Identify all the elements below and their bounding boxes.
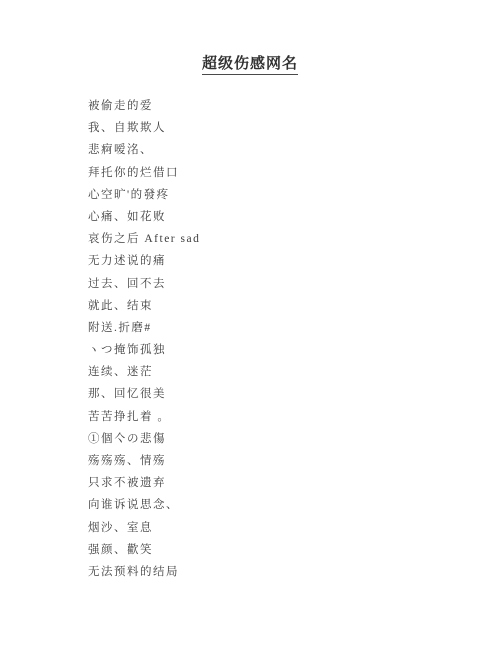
list-item: 殇殇殇、情殇	[88, 450, 448, 472]
list-item: 就此、结束	[88, 295, 448, 317]
page-title: 超级伤感网名	[0, 52, 500, 73]
list-item: 只求不被遗弃	[88, 472, 448, 494]
list-item: 向谁诉说思念、	[88, 494, 448, 516]
list-item: 连续、迷茫	[88, 361, 448, 383]
list-item: 过去、回不去	[88, 273, 448, 295]
name-list: 被偷走的爱我、自欺欺人悲痾嗳洺、拜托你的烂借口心空旷'的發疼心痛、如花败哀伤之后…	[88, 95, 448, 583]
list-item: ヽつ掩饰孤独	[88, 339, 448, 361]
list-item: 强颜、歡笑	[88, 539, 448, 561]
list-item: 心空旷'的發疼	[88, 184, 448, 206]
list-item: 悲痾嗳洺、	[88, 139, 448, 161]
list-item: 被偷走的爱	[88, 95, 448, 117]
list-item: 苦苦挣扎着 。	[88, 406, 448, 428]
list-item: 无法预料的结局	[88, 561, 448, 583]
list-item: 烟沙、室息	[88, 517, 448, 539]
list-item: 心痛、如花败	[88, 206, 448, 228]
list-item: 附送.折磨#	[88, 317, 448, 339]
document-page: 超级伤感网名 被偷走的爱我、自欺欺人悲痾嗳洺、拜托你的烂借口心空旷'的發疼心痛、…	[0, 0, 500, 647]
list-item: 拜托你的烂借口	[88, 162, 448, 184]
list-item: 哀伤之后 After sad	[88, 228, 448, 250]
list-item: 那、回忆很美	[88, 383, 448, 405]
list-item: ①個亽の悲傷	[88, 428, 448, 450]
list-item: 我、自欺欺人	[88, 117, 448, 139]
list-item: 无力述说的痛	[88, 250, 448, 272]
page-title-text: 超级伤感网名	[202, 56, 298, 75]
